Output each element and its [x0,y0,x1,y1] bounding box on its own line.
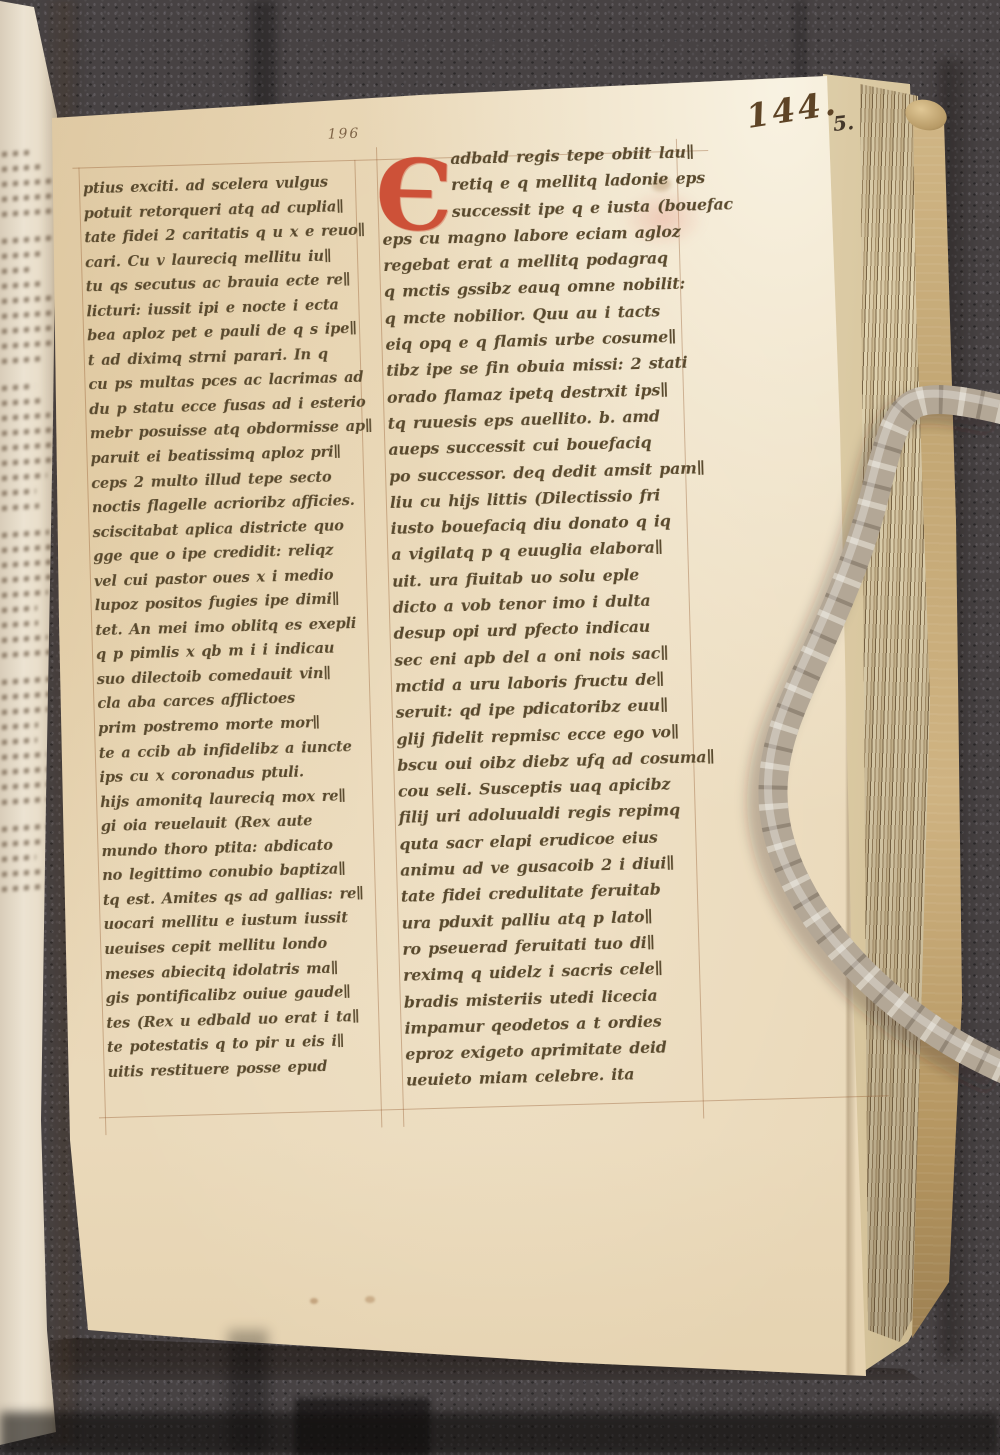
blurred-text-row [2,164,43,172]
blurred-text-row [2,384,35,391]
left-text-column: ptius exciti. ad scelera vulguspotuit re… [83,170,388,1086]
blurred-text-row [2,251,44,259]
blurred-text-row [2,356,45,364]
parchment-stain [365,1296,375,1303]
blurred-text-row [2,489,36,496]
blurred-text-row [2,839,40,847]
blurred-text-row [2,738,37,745]
blurred-text-row [2,398,41,406]
parchment-stain [310,1298,318,1304]
blurred-text-row [2,620,38,628]
blurred-text-row [2,605,37,612]
blurred-text-row [2,150,32,157]
foam-bottom-shadow [0,1412,1000,1455]
blurred-text-row [2,267,33,274]
old-foliation-number: 196 [327,126,360,143]
manuscript-photo: 5. 144. 196 Є ptius exciti. ad scelera v… [0,0,1000,1455]
ruling-line [99,1095,889,1118]
right-text-column: adbald regis tepe obiit lau∥retiq e q me… [380,140,706,1095]
blurred-text-row [2,281,42,289]
blurred-text-row [2,503,39,511]
blurred-text-row [2,722,38,730]
text-block: 196 Є ptius exciti. ad scelera vulguspot… [62,129,902,1151]
blurred-text-row [2,855,36,862]
